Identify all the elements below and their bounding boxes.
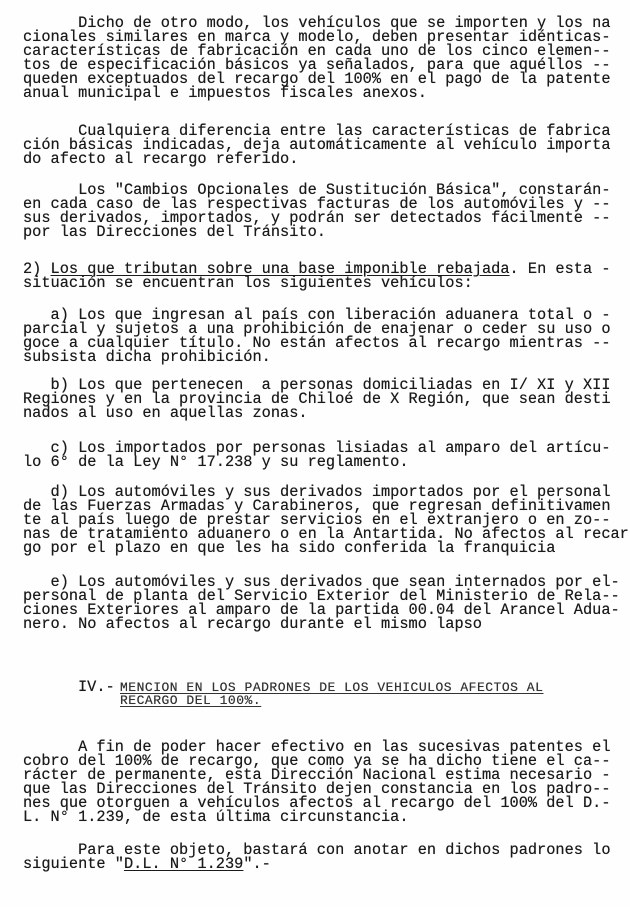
decree-reference: D.L. N° 1.239	[124, 855, 243, 873]
text-fragment: . En esta -	[510, 260, 611, 278]
text-fragment: ".-	[243, 855, 271, 873]
section-number: IV.-	[78, 680, 115, 694]
text-line: do afecto al recargo referido.	[23, 152, 298, 166]
document-page: Dicho de otro modo, los vehículos que se…	[0, 0, 630, 907]
text-line: nero. No afectos al recargo durante el m…	[23, 617, 482, 631]
text-line: lo 6° de la Ley N° 17.238 y su reglament…	[23, 455, 409, 469]
text-line: siguiente "D.L. N° 1.239".-	[23, 857, 271, 871]
text-fragment: siguiente "	[23, 855, 124, 873]
text-line: subsista dicha prohibición.	[23, 350, 271, 364]
text-line: nados al uso en aquellas zonas.	[23, 406, 308, 420]
text-line: L. N° 1.239, de esta última circunstanci…	[23, 810, 409, 824]
text-line: anual municipal e impuestos fiscales ane…	[23, 86, 427, 100]
section-iv-title-line: RECARGO DEL 100%.	[120, 694, 261, 708]
text-line: situación se encuentran los siguientes v…	[23, 276, 473, 290]
text-line: go por el plazo en que les ha sido confe…	[23, 541, 555, 555]
text-line: por las Direcciones del Tránsito.	[23, 225, 326, 239]
